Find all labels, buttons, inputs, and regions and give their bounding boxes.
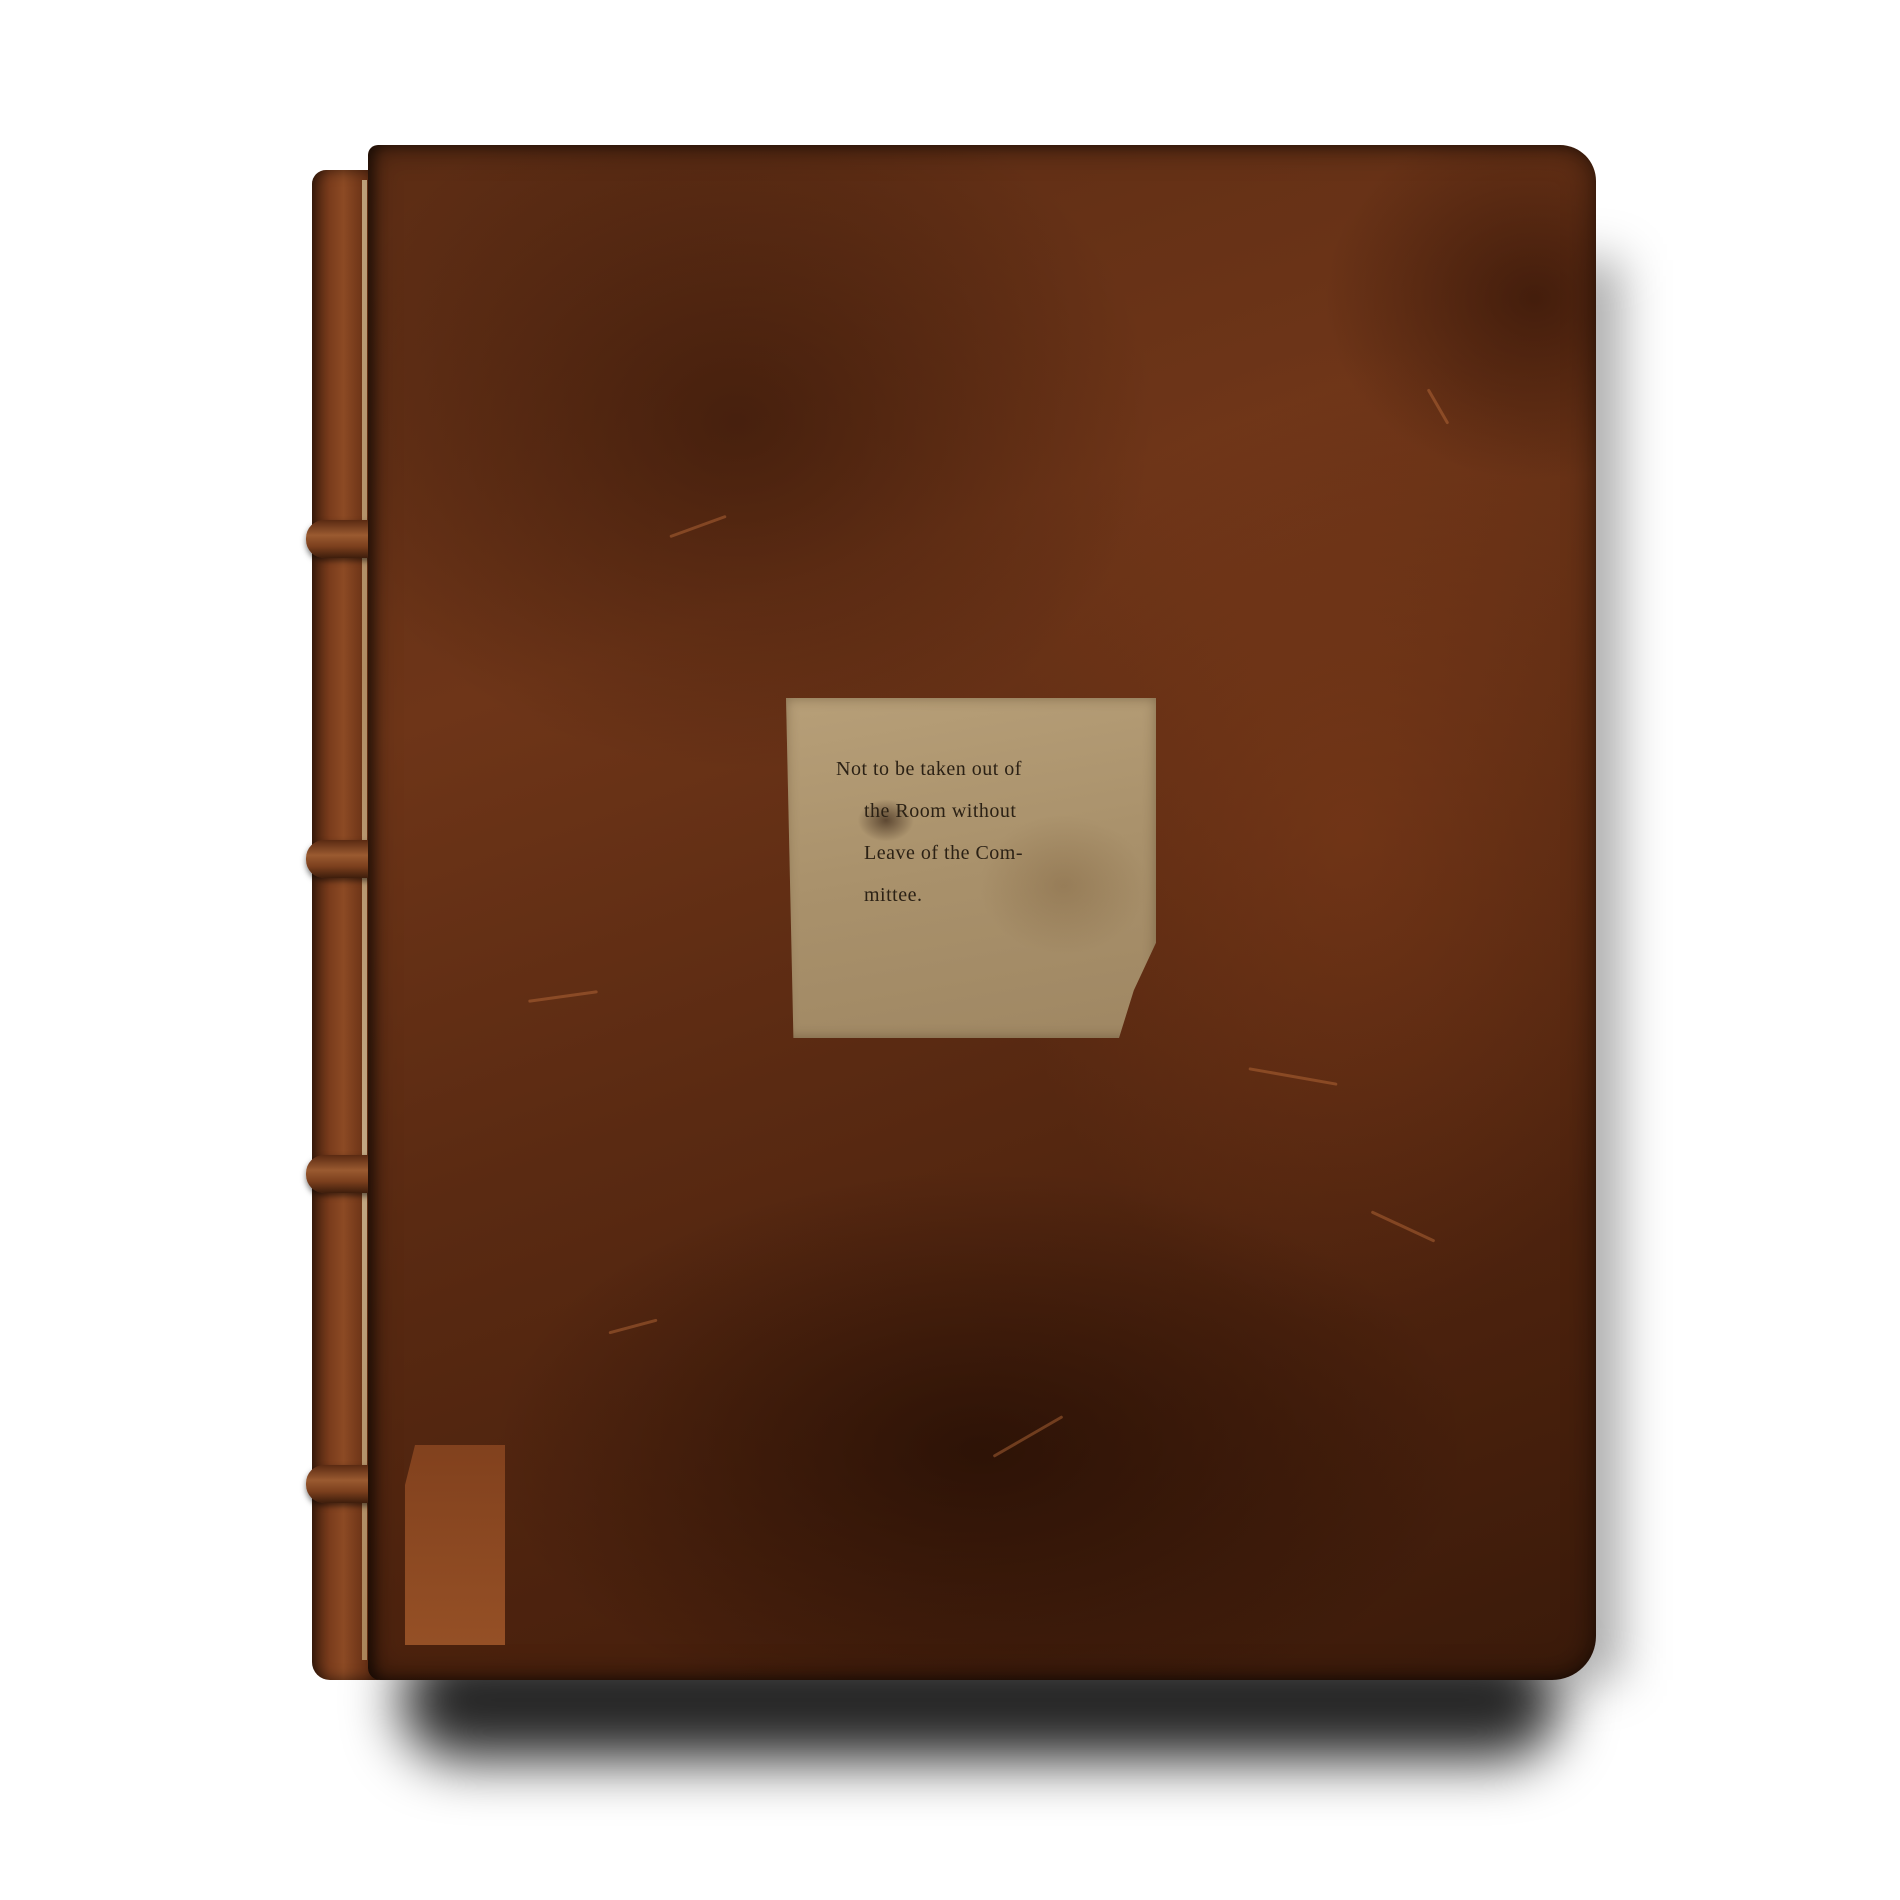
cover-scratch	[528, 990, 598, 1003]
cover-scratch	[1371, 1210, 1436, 1242]
label-line-1: Not to be taken out of	[836, 748, 1126, 790]
label-text: Not to be taken out of the Room without …	[836, 748, 1126, 916]
cover-scratch	[993, 1415, 1064, 1458]
cover-scratch	[669, 515, 726, 538]
book-photo: Not to be taken out of the Room without …	[0, 0, 1900, 1900]
cover-scratch	[1248, 1067, 1337, 1086]
label-line-3: Leave of the Com-	[836, 832, 1126, 874]
cover-scratch	[608, 1319, 657, 1335]
cover-corner-repair	[405, 1445, 505, 1645]
paper-label: Not to be taken out of the Room without …	[786, 698, 1156, 1038]
cover-scratch	[1427, 388, 1450, 424]
spine-thread	[362, 180, 367, 1660]
label-line-4: mittee.	[836, 874, 1126, 916]
label-line-2: the Room without	[836, 790, 1126, 832]
